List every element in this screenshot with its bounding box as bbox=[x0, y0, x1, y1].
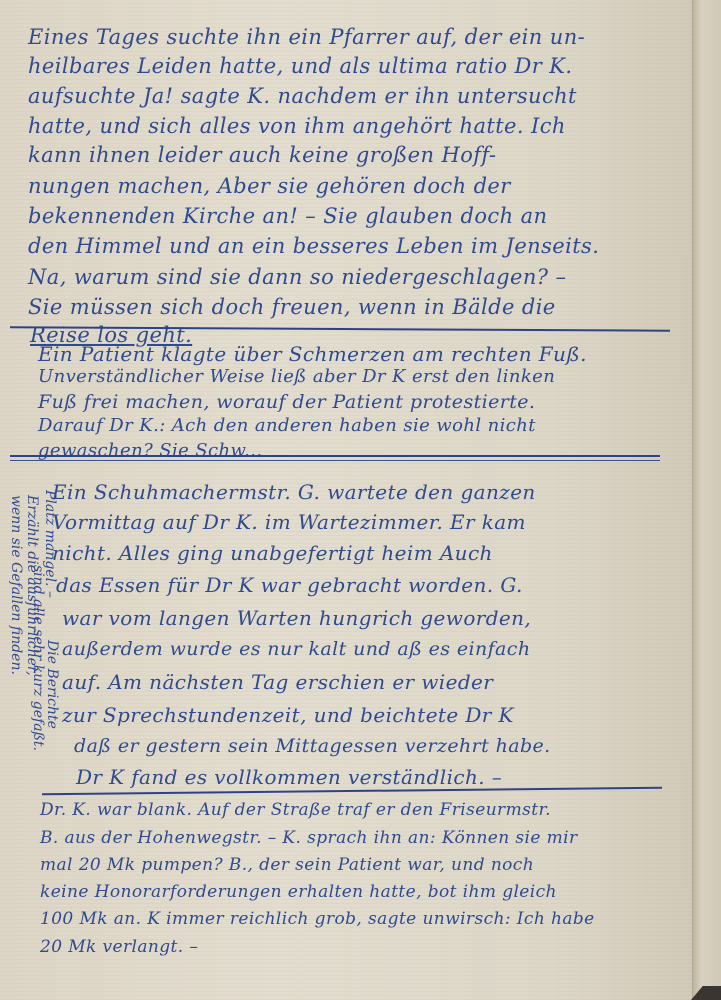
margin-note-line: Die Berichte bbox=[44, 640, 60, 729]
text-line: Ein Schuhmachermstr. G. wartete den ganz… bbox=[52, 480, 536, 504]
text-line: außerdem wurde es nur kalt und aß es ein… bbox=[62, 638, 530, 660]
text-line: 20 Mk verlangt. – bbox=[40, 937, 198, 957]
text-line: Eines Tages suchte ihn ein Pfarrer auf, … bbox=[28, 25, 585, 49]
text-line: bekennenden Kirche an! – Sie glauben doc… bbox=[28, 204, 547, 228]
page-edge bbox=[692, 0, 721, 1000]
text-line: zur Sprechstundenzeit, und beichtete Dr … bbox=[62, 703, 514, 727]
text-line: Sie müssen sich doch freuen, wenn in Bäl… bbox=[28, 295, 556, 319]
text-line: heilbares Leiden hatte, und als ultima r… bbox=[28, 54, 572, 78]
margin-note-line: wenn sie Gefallen finden. bbox=[8, 495, 24, 675]
text-line: B. aus der Hohenwegstr. – K. sprach ihn … bbox=[40, 828, 578, 848]
text-line: Darauf Dr K.: Ach den anderen haben sie … bbox=[38, 415, 536, 436]
text-line: aufsuchte Ja! sagte K. nachdem er ihn un… bbox=[28, 84, 577, 108]
text-line: kann ihnen leider auch keine großen Hoff… bbox=[28, 143, 496, 167]
text-line: daß er gestern sein Mittagessen verzehrt… bbox=[74, 735, 551, 757]
text-line: Dr K fand es vollkommen verständlich. – bbox=[76, 765, 502, 789]
text-line: Unverständlicher Weise ließ aber Dr K er… bbox=[38, 366, 555, 387]
text-line: war vom langen Warten hungrich geworden, bbox=[62, 606, 531, 630]
text-line: Dr. K. war blank. Auf der Straße traf er… bbox=[40, 800, 551, 820]
text-line: Na, warum sind sie dann so niedergeschla… bbox=[28, 265, 566, 289]
text-line: den Himmel und an ein besseres Leben im … bbox=[28, 234, 599, 258]
text-line: keine Honorarforderungen erhalten hatte,… bbox=[40, 882, 557, 902]
text-line: nungen machen, Aber sie gehören doch der bbox=[28, 174, 511, 198]
margin-note-line: Erzählt die ausführlicher, bbox=[24, 495, 40, 676]
section-divider bbox=[10, 460, 660, 461]
margin-note-line: Platz mangel. – bbox=[42, 490, 58, 598]
text-line: das Essen für Dr K war gebracht worden. … bbox=[56, 573, 523, 597]
text-line: hatte, und sich alles von ihm angehört h… bbox=[28, 114, 566, 138]
notebook-page: Eines Tages suchte ihn ein Pfarrer auf, … bbox=[0, 0, 692, 1000]
text-line: mal 20 Mk pumpen? B., der sein Patient w… bbox=[40, 855, 534, 875]
text-line: Vormittag auf Dr K. im Wartezimmer. Er k… bbox=[52, 510, 526, 534]
text-line: auf. Am nächsten Tag erschien er wieder bbox=[62, 670, 493, 694]
text-line: Ein Patient klagte über Schmerzen am rec… bbox=[38, 342, 587, 366]
text-line: 100 Mk an. K immer reichlich grob, sagte… bbox=[40, 909, 595, 929]
text-line: nicht. Alles ging unabgefertigt heim Auc… bbox=[52, 541, 493, 565]
text-line: gewaschen? Sie Schw... bbox=[38, 440, 263, 461]
text-line: Fuß frei machen, worauf der Patient prot… bbox=[38, 391, 535, 413]
section-divider bbox=[10, 455, 660, 457]
